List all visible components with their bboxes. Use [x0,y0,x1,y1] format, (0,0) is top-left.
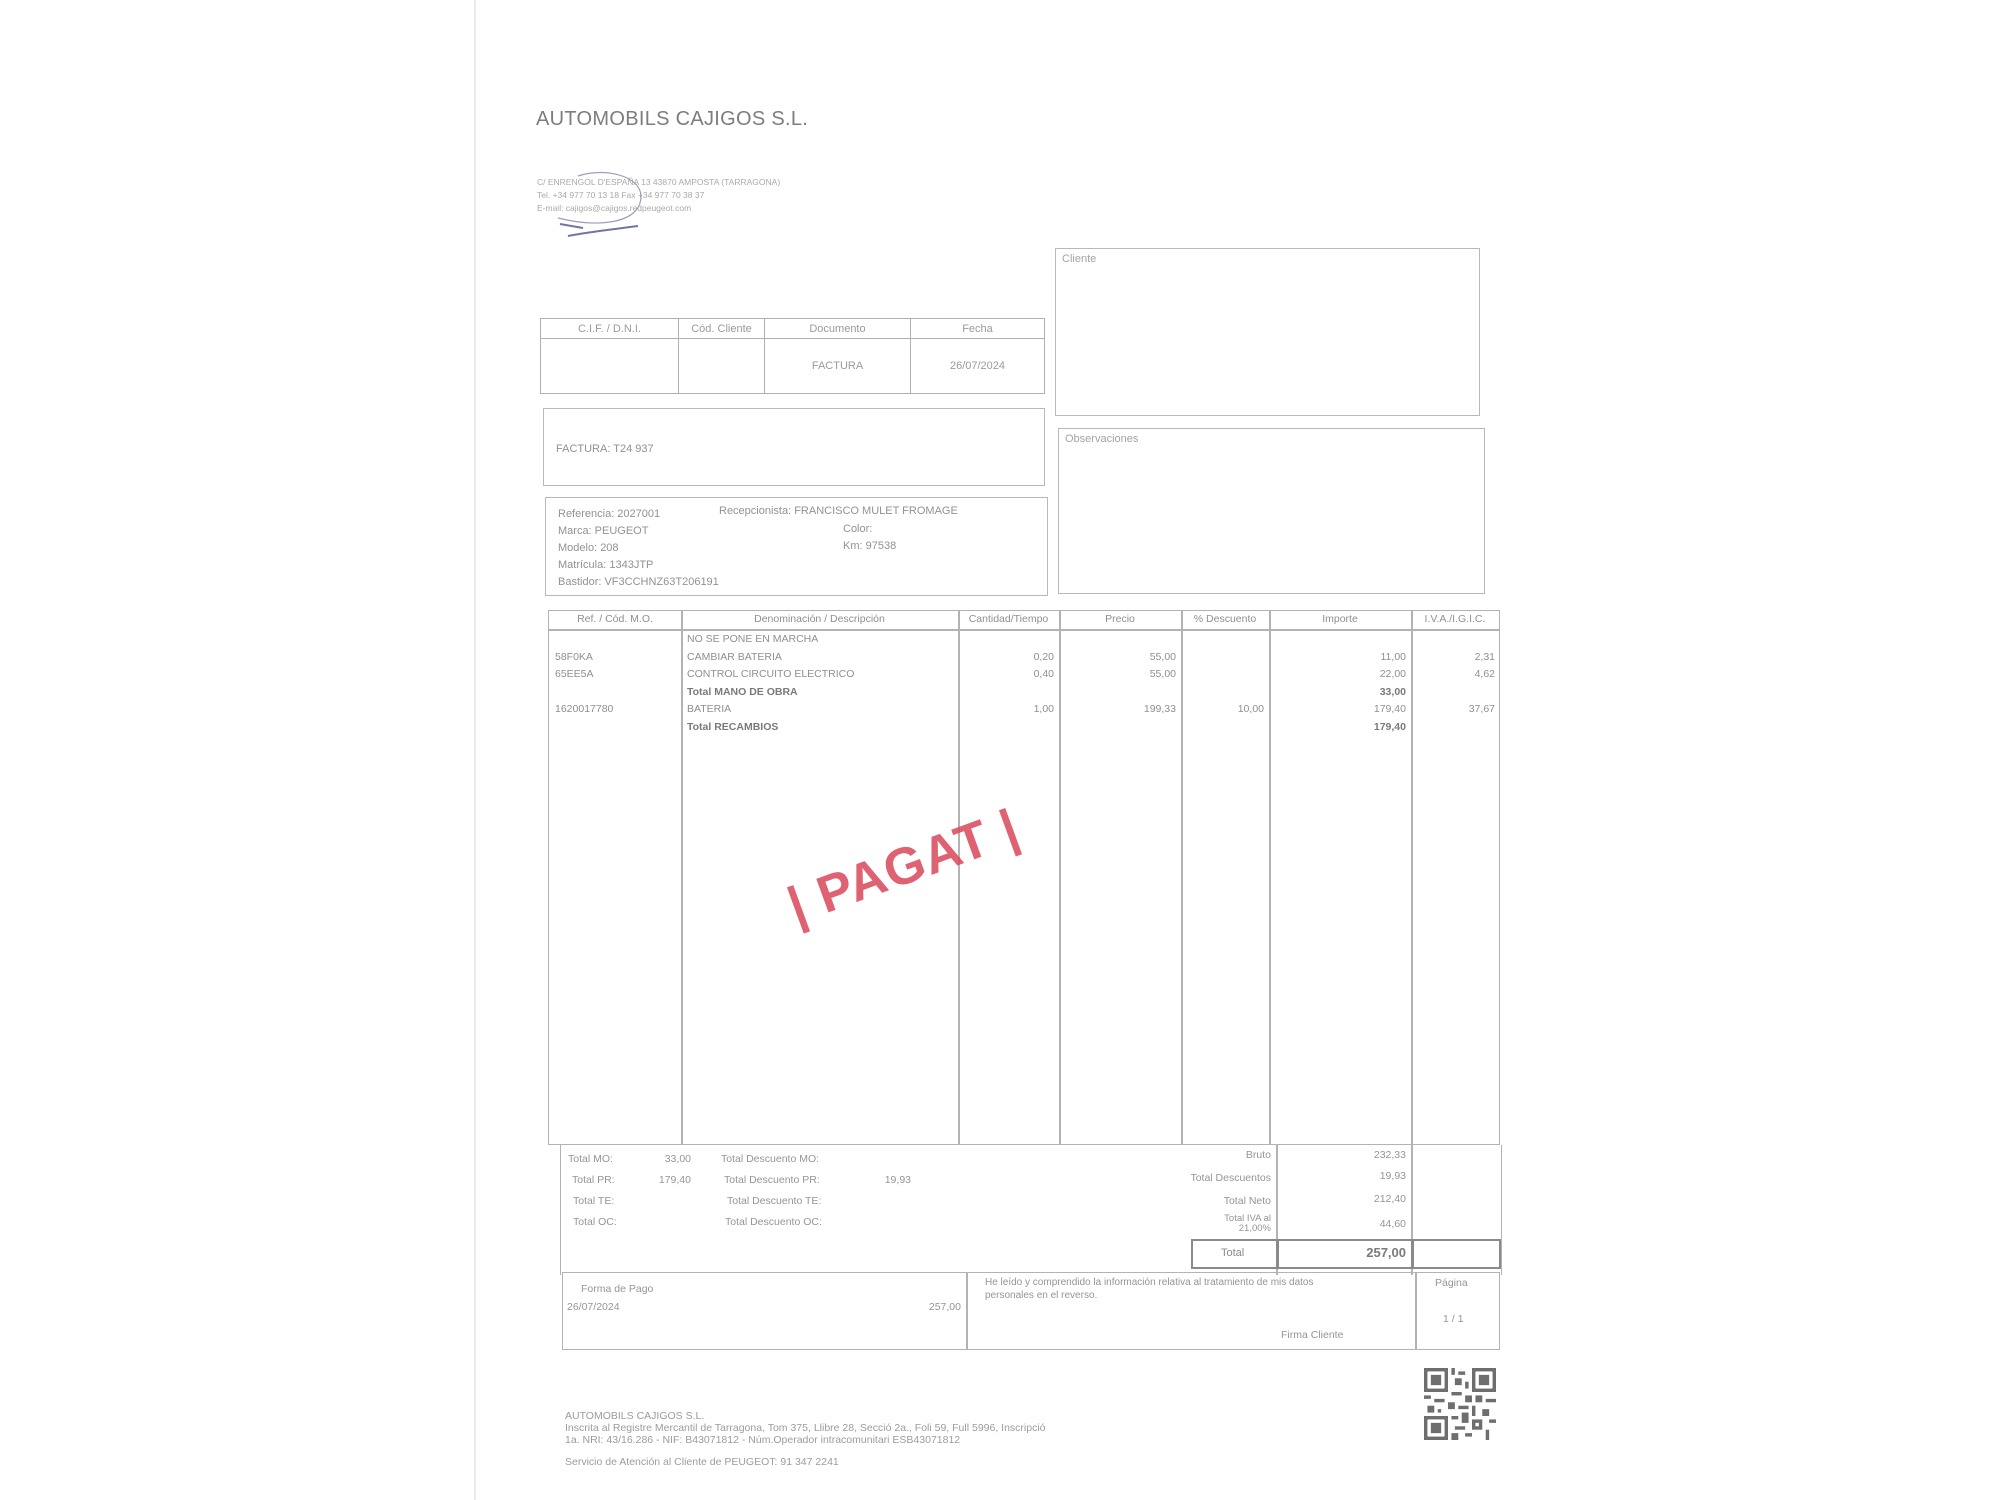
observations-label: Observaciones [1065,433,1138,445]
items-table: Ref. / Cód. M.O. Denominación / Descripc… [548,610,1500,1145]
vehicle-color: Color: [843,523,872,535]
payment-method-label: Forma de Pago [581,1283,653,1295]
item-quantity: 1,00 [958,703,1054,715]
total-disc-mo-label: Total Descuento MO: [721,1153,819,1165]
payment-section: Forma de Pago 26/07/2024 257,00 He leído… [562,1272,1500,1350]
item-quantity: 0,20 [958,651,1054,663]
privacy-consent-line2: personales en el reverso. [985,1290,1097,1301]
bruto-label: Bruto [1121,1149,1271,1161]
item-iva: 2,31 [1411,651,1495,663]
total-disc-te-label: Total Descuento TE: [727,1195,821,1207]
total-net-value: 212,40 [1281,1193,1406,1205]
totals-section: Total MO: 33,00 Total Descuento MO: Tota… [560,1145,1502,1275]
header-date-value: 26/07/2024 [911,339,1045,394]
items-header-divider [549,629,1499,631]
item-quantity: 0,40 [958,668,1054,680]
total-disc-oc-label: Total Descuento OC: [725,1216,822,1228]
grand-total-label: Total [1221,1247,1244,1259]
total-discounts-value: 19,93 [1281,1170,1406,1182]
payment-date: 26/07/2024 [567,1301,620,1313]
col-amount: Importe [1269,613,1411,625]
total-mo-value: 33,00 [631,1153,691,1165]
item-amount: 179,40 [1269,703,1406,715]
company-name: AUTOMOBILS CAJIGOS S.L. [536,108,808,131]
item-description: Total RECAMBIOS [687,721,952,733]
col-quantity: Cantidad/Tiempo [958,613,1059,625]
signature-scribble-icon [548,168,658,244]
col-ref: Ref. / Cód. M.O. [549,613,681,625]
item-description: CONTROL CIRCUITO ELECTRICO [687,668,952,680]
item-price: 55,00 [1059,668,1176,680]
header-col-document: Documento [765,319,911,339]
invoice-number-box: FACTURA: T24 937 [543,408,1045,486]
client-box: Cliente [1055,248,1480,416]
item-amount: 33,00 [1269,686,1406,698]
total-iva-rate: 21,00% [1121,1223,1271,1234]
total-iva-value: 44,60 [1281,1218,1406,1230]
payment-amount: 257,00 [863,1301,961,1313]
item-iva: 4,62 [1411,668,1495,680]
header-col-client-code: Cód. Cliente [679,319,765,339]
col-price: Precio [1059,613,1181,625]
item-iva: 37,67 [1411,703,1495,715]
bruto-value: 232,33 [1281,1149,1406,1161]
vehicle-box: Referencia: 2027001 Recepcionista: FRANC… [545,497,1048,596]
page-number: 1 / 1 [1443,1313,1463,1325]
vehicle-reference: Referencia: 2027001 [558,508,660,520]
total-pr-value: 179,40 [631,1174,691,1186]
page-edge [474,0,476,1500]
item-discount: 10,00 [1181,703,1264,715]
page-label: Página [1435,1277,1468,1289]
item-description: CAMBIAR BATERIA [687,651,952,663]
total-net-label: Total Neto [1121,1195,1271,1207]
col-description: Denominación / Descripción [681,613,958,625]
col-iva: I.V.A./I.G.I.C. [1411,613,1499,625]
item-ref: 65EE5A [555,668,675,680]
total-mo-label: Total MO: [568,1153,613,1165]
total-oc-label: Total OC: [573,1216,617,1228]
header-col-cif: C.I.F. / D.N.I. [541,319,679,339]
document-header-table: C.I.F. / D.N.I. Cód. Cliente Documento F… [540,318,1045,394]
footer-peugeot-service: Servicio de Atención al Cliente de PEUGE… [565,1456,839,1468]
qr-code-icon [1424,1368,1496,1440]
total-discounts-label: Total Descuentos [1121,1172,1271,1184]
total-pr-label: Total PR: [572,1174,615,1186]
vehicle-vin: Bastidor: VF3CCHNZ63T206191 [558,576,719,588]
observations-box: Observaciones [1058,428,1485,594]
item-amount: 179,40 [1269,721,1406,733]
client-label: Cliente [1062,253,1096,265]
header-col-date: Fecha [911,319,1045,339]
vehicle-model: Modelo: 208 [558,542,619,554]
vehicle-plate: Matrícula: 1343JTP [558,559,653,571]
item-description: BATERIA [687,703,952,715]
vehicle-brand: Marca: PEUGEOT [558,525,648,537]
item-amount: 22,00 [1269,668,1406,680]
header-cif-value [541,339,679,394]
total-te-label: Total TE: [573,1195,614,1207]
total-disc-pr-value: 19,93 [851,1174,911,1186]
vehicle-receptionist: Recepcionista: FRANCISCO MULET FROMAGE [719,505,958,517]
item-ref: 58F0KA [555,651,675,663]
footer-company: AUTOMOBILS CAJIGOS S.L. [565,1410,704,1422]
header-document-value: FACTURA [765,339,911,394]
invoice-number: FACTURA: T24 937 [556,443,654,455]
col-discount: % Descuento [1181,613,1269,625]
item-description: NO SE PONE EN MARCHA [687,633,952,645]
customer-signature-label: Firma Cliente [1281,1329,1343,1341]
footer-tax-ids: 1a. NRI: 43/16.286 - NIF: B43071812 - Nú… [565,1434,960,1446]
item-amount: 11,00 [1269,651,1406,663]
total-disc-pr-label: Total Descuento PR: [724,1174,820,1186]
vehicle-kms: Km: 97538 [843,540,896,552]
header-client-code-value [679,339,765,394]
item-price: 55,00 [1059,651,1176,663]
item-price: 199,33 [1059,703,1176,715]
privacy-consent-line1: He leído y comprendido la información re… [985,1277,1314,1288]
grand-total-value: 257,00 [1281,1245,1406,1260]
item-description: Total MANO DE OBRA [687,686,952,698]
footer-registry: Inscrita al Registre Mercantil de Tarrag… [565,1422,1046,1434]
item-ref: 1620017780 [555,703,675,715]
